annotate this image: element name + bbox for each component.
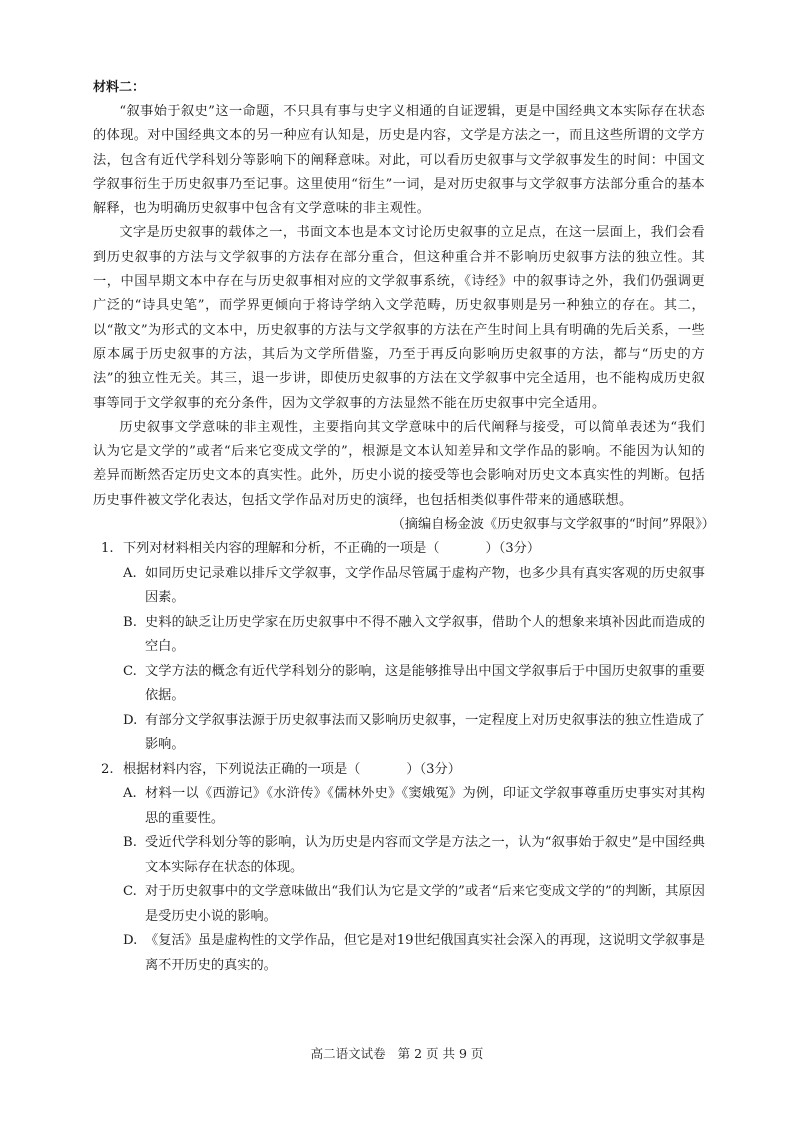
option-letter: C. bbox=[123, 660, 145, 709]
option-text: 材料一以《西游记》《水浒传》《儒林外史》《窦娥冤》为例，印证文学叙事尊重历史事实… bbox=[145, 782, 705, 831]
option-letter: A. bbox=[123, 562, 145, 611]
page-footer: 高二语文试卷 第 2 页 共 9 页 bbox=[0, 1044, 794, 1062]
exam-title: 高二语文试卷 bbox=[311, 1046, 386, 1061]
question-stem: 2.根据材料内容，下列说法正确的一项是（）（3分） bbox=[93, 758, 705, 783]
question-score: ）（3分） bbox=[486, 541, 541, 556]
option-letter: A. bbox=[123, 782, 145, 831]
option-a[interactable]: A.材料一以《西游记》《水浒传》《儒林外史》《窦娥冤》为例，印证文学叙事尊重历史… bbox=[93, 782, 705, 831]
material-paragraph: “叙事始于叙史”这一命题，不只具有事与史字义相通的自证逻辑，更是中国经典文本实际… bbox=[93, 100, 705, 221]
material-paragraph: 文字是历史叙事的载体之一，书面文本也是本文讨论历史叙事的立足点，在这一层面上，我… bbox=[93, 221, 705, 415]
option-letter: C. bbox=[123, 880, 145, 929]
option-list: A.材料一以《西游记》《水浒传》《儒林外史》《窦娥冤》为例，印证文学叙事尊重历史… bbox=[93, 782, 705, 978]
option-list: A.如同历史记录难以排斥文学叙事，文学作品尽管属于虚构产物，也多少具有真实客观的… bbox=[93, 562, 705, 758]
option-text: 《复活》虽是虚构性的文学作品，但它是对19世纪俄国真实社会深入的再现，这说明文学… bbox=[145, 929, 705, 978]
material-source: （摘编自杨金波《历史叙事与文学叙事的“时间”界限》） bbox=[93, 513, 715, 537]
option-text: 对于历史叙事中的文学意味做出“我们认为它是文学的”或者“后来它变成文学的”的判断… bbox=[145, 880, 705, 929]
option-letter: B. bbox=[123, 831, 145, 880]
option-b[interactable]: B.史料的缺乏让历史学家在历史叙事中不得不融入文学叙事，借助个人的想象来填补因此… bbox=[93, 611, 705, 660]
option-letter: D. bbox=[123, 709, 145, 758]
option-c[interactable]: C.对于历史叙事中的文学意味做出“我们认为它是文学的”或者“后来它变成文学的”的… bbox=[93, 880, 705, 929]
question-number: 1. bbox=[101, 537, 123, 562]
option-c[interactable]: C.文学方法的概念有近代学科划分的影响，这是能够推导出中国文学叙事后于中国历史叙… bbox=[93, 660, 705, 709]
question-2: 2.根据材料内容，下列说法正确的一项是（）（3分） A.材料一以《西游记》《水浒… bbox=[93, 758, 705, 979]
option-text: 文学方法的概念有近代学科划分的影响，这是能够推导出中国文学叙事后于中国历史叙事的… bbox=[145, 660, 705, 709]
option-text: 有部分文学叙事法源于历史叙事法而又影响历史叙事，一定程度上对历史叙事法的独立性造… bbox=[145, 709, 705, 758]
option-b[interactable]: B.受近代学科划分等的影响，认为历史是内容而文学是方法之一，认为“叙事始于叙史”… bbox=[93, 831, 705, 880]
option-text: 史料的缺乏让历史学家在历史叙事中不得不融入文学叙事，借助个人的想象来填补因此而造… bbox=[145, 611, 705, 660]
question-stem: 1.下列对材料相关内容的理解和分析，不正确的一项是（）（3分） bbox=[93, 537, 705, 562]
question-1: 1.下列对材料相关内容的理解和分析，不正确的一项是（）（3分） A.如同历史记录… bbox=[93, 537, 705, 758]
question-score: ）（3分） bbox=[406, 762, 461, 777]
option-d[interactable]: D.《复活》虽是虚构性的文学作品，但它是对19世纪俄国真实社会深入的再现，这说明… bbox=[93, 929, 705, 978]
option-a[interactable]: A.如同历史记录难以排斥文学叙事，文学作品尽管属于虚构产物，也多少具有真实客观的… bbox=[93, 562, 705, 611]
option-text: 如同历史记录难以排斥文学叙事，文学作品尽管属于虚构产物，也多少具有真实客观的历史… bbox=[145, 562, 705, 611]
material-paragraph: 历史叙事文学意味的非主观性，主要指向其文学意味中的后代阐释与接受，可以简单表述为… bbox=[93, 416, 705, 513]
option-text: 受近代学科划分等的影响，认为历史是内容而文学是方法之一，认为“叙事始于叙史”是中… bbox=[145, 831, 705, 880]
page-number: 第 2 页 共 9 页 bbox=[398, 1046, 484, 1061]
option-d[interactable]: D.有部分文学叙事法源于历史叙事法而又影响历史叙事，一定程度上对历史叙事法的独立… bbox=[93, 709, 705, 758]
question-text: 根据材料内容，下列说法正确的一项是（ bbox=[123, 762, 360, 777]
option-letter: B. bbox=[123, 611, 145, 660]
question-number: 2. bbox=[101, 758, 123, 783]
exam-page: 材料二： “叙事始于叙史”这一命题，不只具有事与史字义相通的自证逻辑，更是中国经… bbox=[93, 76, 705, 978]
material-heading: 材料二： bbox=[93, 76, 705, 100]
option-letter: D. bbox=[123, 929, 145, 978]
question-text: 下列对材料相关内容的理解和分析，不正确的一项是（ bbox=[123, 541, 440, 556]
